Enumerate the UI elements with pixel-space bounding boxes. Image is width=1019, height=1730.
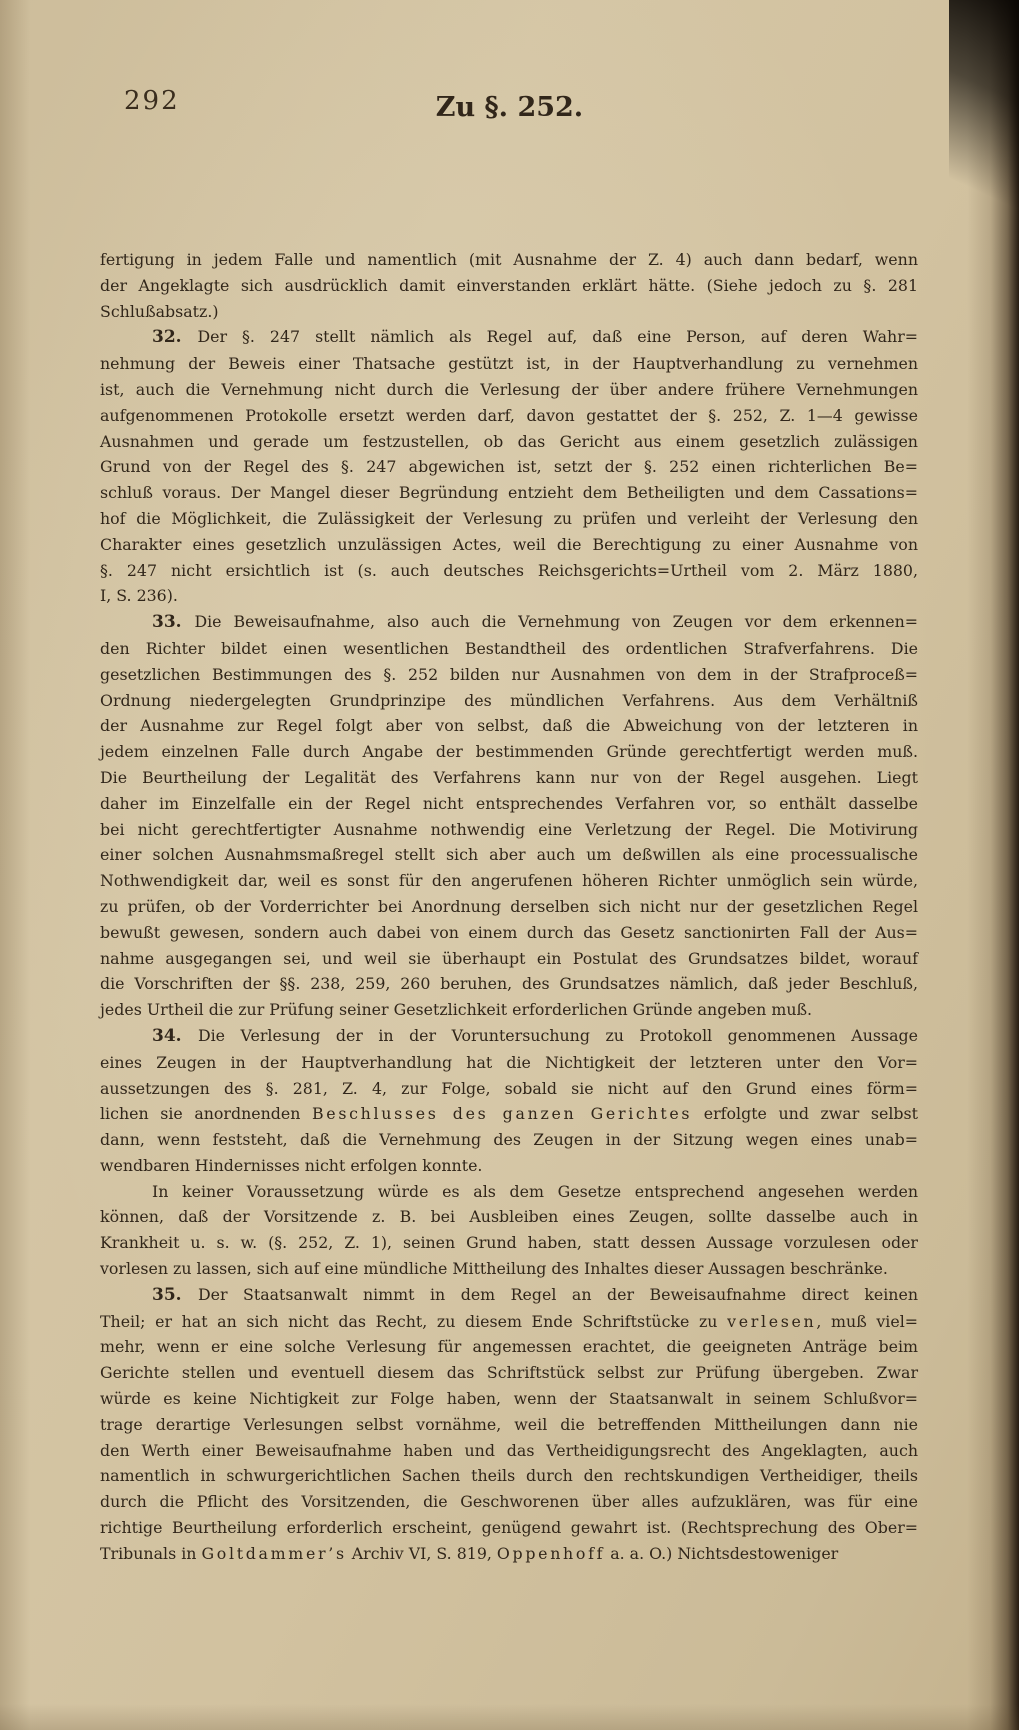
- text-line: Ausnahmen und gerade um festzustellen, o…: [100, 429, 918, 455]
- page-corner-shadow: [949, 0, 1019, 260]
- text-line: Die Beurtheilung der Legalität des Verfa…: [100, 765, 918, 791]
- text-line: können, daß der Vorsitzende z. B. bei Au…: [100, 1204, 918, 1230]
- page-left-shade: [0, 0, 30, 1730]
- text-line: Krankheit u. s. w. (§. 252, Z. 1), seine…: [100, 1230, 918, 1256]
- text-line: bei nicht gerechtfertigter Ausnahme noth…: [100, 817, 918, 843]
- text-line: der Ausnahme zur Regel folgt aber von se…: [100, 713, 918, 739]
- text-line: Gerichte stellen und eventuell diesem da…: [100, 1360, 918, 1386]
- text-line: nahme ausgegangen sei, und weil sie über…: [100, 946, 918, 972]
- text-line: vorlesen zu lassen, sich auf eine mündli…: [100, 1256, 918, 1282]
- text-line: richtige Beurtheilung erforderlich ersch…: [100, 1515, 918, 1541]
- text-line: jedem einzelnen Falle durch Angabe der b…: [100, 739, 918, 765]
- text-line: den Werth einer Beweisaufnahme haben und…: [100, 1438, 918, 1464]
- text-line: hof die Möglichkeit, die Zulässigkeit de…: [100, 506, 918, 532]
- text-line: durch die Pflicht des Vorsitzenden, die …: [100, 1489, 918, 1515]
- text-line: Theil; er hat an sich nicht das Recht, z…: [100, 1309, 918, 1335]
- text-line: In keiner Voraussetzung würde es als dem…: [100, 1179, 918, 1205]
- text-line: schluß voraus. Der Mangel dieser Begründ…: [100, 480, 918, 506]
- text-line: gesetzlichen Bestimmungen des §. 252 bil…: [100, 662, 918, 688]
- text-line: Grund von der Regel des §. 247 abgewiche…: [100, 454, 918, 480]
- text-line: ist, auch die Vernehmung nicht durch die…: [100, 377, 918, 403]
- page-heading: Zu §. 252.: [0, 92, 1019, 123]
- text-line: I, S. 236).: [100, 583, 918, 609]
- text-line: mehr, wenn er eine solche Verlesung für …: [100, 1334, 918, 1360]
- text-line: trage derartige Verlesungen selbst vornä…: [100, 1412, 918, 1438]
- text-line: 32. Der §. 247 stellt nämlich als Regel …: [100, 324, 918, 351]
- text-line: namentlich in schwurgerichtlichen Sachen…: [100, 1463, 918, 1489]
- text-line: einer solchen Ausnahmsmaßregel stellt si…: [100, 842, 918, 868]
- text-line: würde es keine Nichtigkeit zur Folge hab…: [100, 1386, 918, 1412]
- text-line: Schlußabsatz.): [100, 299, 918, 325]
- text-line: fertigung in jedem Falle und namentlich …: [100, 247, 918, 273]
- text-line: nehmung der Beweis einer Thatsache gestü…: [100, 351, 918, 377]
- text-line: wendbaren Hindernisses nicht erfolgen ko…: [100, 1153, 918, 1179]
- text-line: der Angeklagte sich ausdrücklich damit e…: [100, 273, 918, 299]
- text-line: 33. Die Beweisaufnahme, also auch die Ve…: [100, 609, 918, 636]
- text-line: lichen sie anordnenden Beschlusses des g…: [100, 1101, 918, 1127]
- page-text: fertigung in jedem Falle und namentlich …: [100, 247, 918, 1567]
- text-line: §. 247 nicht ersichtlich ist (s. auch de…: [100, 558, 918, 584]
- text-line: zu prüfen, ob der Vorderrichter bei Anor…: [100, 894, 918, 920]
- text-line: daher im Einzelfalle ein der Regel nicht…: [100, 791, 918, 817]
- text-line: Nothwendigkeit dar, weil es sonst für de…: [100, 868, 918, 894]
- text-line: aussetzungen des §. 281, Z. 4, zur Folge…: [100, 1076, 918, 1102]
- text-line: Ordnung niedergelegten Grundprinzipe des…: [100, 688, 918, 714]
- book-page: 292 Zu §. 252. fertigung in jedem Falle …: [0, 0, 1019, 1730]
- page-edge-shadow: [967, 0, 1019, 1730]
- page-bottom-shade: [0, 1704, 1019, 1730]
- text-line: den Richter bildet einen wesentlichen Be…: [100, 636, 918, 662]
- text-line: dann, wenn feststeht, daß die Vernehmung…: [100, 1127, 918, 1153]
- text-line: 34. Die Verlesung der in der Voruntersuc…: [100, 1023, 918, 1050]
- text-line: 35. Der Staatsanwalt nimmt in dem Regel …: [100, 1282, 918, 1309]
- text-line: Tribunals in Goltdammer’s Archiv VI, S. …: [100, 1541, 918, 1567]
- text-line: eines Zeugen in der Hauptverhandlung hat…: [100, 1050, 918, 1076]
- text-line: bewußt gewesen, sondern auch dabei von e…: [100, 920, 918, 946]
- text-line: Charakter eines gesetzlich unzulässigen …: [100, 532, 918, 558]
- text-line: jedes Urtheil die zur Prüfung seiner Ges…: [100, 997, 918, 1023]
- text-line: die Vorschriften der §§. 238, 259, 260 b…: [100, 971, 918, 997]
- text-line: aufgenommenen Protokolle ersetzt werden …: [100, 403, 918, 429]
